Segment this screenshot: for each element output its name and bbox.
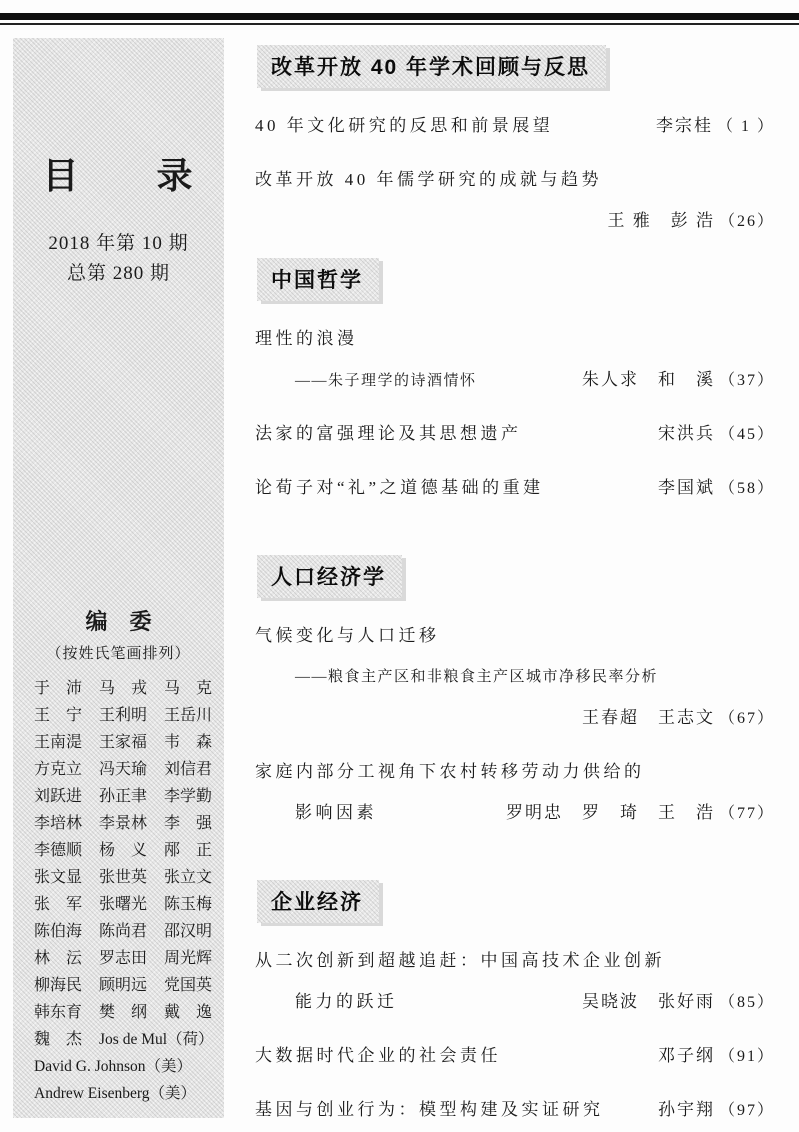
article-line: 气候变化与人口迁移 <box>255 623 775 649</box>
editor-name: 王南湜 <box>34 729 90 756</box>
article-authors: 王 雅 彭 浩 <box>607 211 715 230</box>
article-page: （77） <box>719 805 775 822</box>
article-authors: 邓子纲 <box>658 1046 715 1065</box>
top-rule-thick <box>0 13 799 20</box>
section-title: 改革开放 40 年学术回顾与反思 <box>271 56 590 79</box>
section-header: 企业经济 <box>257 880 379 923</box>
editor-name: 方克立 <box>34 756 90 783</box>
article-line: 从二次创新到超越追赶：中国高技术企业创新 <box>255 948 775 974</box>
article-byline: 吴晓波 张好雨 （85） <box>582 989 775 1016</box>
editor-name: 陈尚君 <box>99 918 155 945</box>
article-authors: 朱人求 和 溪 <box>582 370 715 389</box>
article-page: （91） <box>719 1048 775 1065</box>
editor-name: 杨 义 <box>99 837 155 864</box>
name-row: 于 沛 马 戎 马 克 <box>13 675 224 702</box>
editor-name: 罗志田 <box>99 945 155 972</box>
editor-name: 张文显 <box>34 864 90 891</box>
article-page: （58） <box>719 480 775 497</box>
editor-name: 李德顺 <box>34 837 90 864</box>
editor-name: 顾明远 <box>99 972 155 999</box>
article-line: ——朱子理学的诗酒情怀 朱人求 和 溪 （37） <box>255 367 775 394</box>
section-chinese-philosophy: 中国哲学 理性的浪漫 ——朱子理学的诗酒情怀 朱人求 和 溪 （37） 法家的富… <box>255 235 775 502</box>
editor-name: 张立文 <box>164 864 220 891</box>
toc-main: 改革开放 40 年学术回顾与反思 40 年文化研究的反思和前景展望 李宗桂 （ … <box>255 45 775 1124</box>
editor-name-latin: Jos de Mul（荷） <box>99 1026 214 1053</box>
article-page: （37） <box>719 372 775 389</box>
article-title: 理性的浪漫 <box>255 326 358 352</box>
editor-name: 王利明 <box>99 702 155 729</box>
editor-name: 孙正聿 <box>99 783 155 810</box>
section-enterprise-economy: 企业经济 从二次创新到超越追赶：中国高技术企业创新 能力的跃迁 吴晓波 张好雨 … <box>255 827 775 1124</box>
article-line: 基因与创业行为：模型构建及实证研究 孙宇翔 （97） <box>255 1097 775 1124</box>
editor-name: 韦 森 <box>164 729 220 756</box>
article-byline: 邓子纲 （91） <box>658 1043 775 1070</box>
article-line: 大数据时代企业的社会责任 邓子纲 （91） <box>255 1043 775 1070</box>
name-row: 刘跃进 孙正聿 李学勤 <box>13 783 224 810</box>
name-row: 韩东育 樊 纲 戴 逸 <box>13 999 224 1026</box>
name-row: 方克立 冯天瑜 刘信君 <box>13 756 224 783</box>
editor-name-latin: David G. Johnson（美） <box>13 1053 224 1080</box>
editor-name: 林 沄 <box>34 945 90 972</box>
article-page: （85） <box>719 994 775 1011</box>
article-title: 40 年文化研究的反思和前景展望 <box>255 113 553 139</box>
editor-name: 魏 杰 <box>34 1026 90 1053</box>
editor-name: 张 军 <box>34 891 90 918</box>
editor-name: 李培林 <box>34 810 90 837</box>
editor-name: 李 强 <box>164 810 220 837</box>
article-title: 基因与创业行为：模型构建及实证研究 <box>255 1097 604 1123</box>
article-line: ——粮食主产区和非粮食主产区城市净移民率分析 <box>255 664 775 690</box>
editorial-board-names: 于 沛 马 戎 马 克 王 宁 王利明 王岳川 王南湜 王家福 韦 森 方克立 … <box>13 675 224 1107</box>
article-title: 大数据时代企业的社会责任 <box>255 1043 501 1069</box>
article-authors: 罗明忠 罗 琦 王 浩 <box>506 803 715 822</box>
section-title: 企业经济 <box>271 891 363 914</box>
section-population-economics: 人口经济学 气候变化与人口迁移 ——粮食主产区和非粮食主产区城市净移民率分析 王… <box>255 502 775 827</box>
article-title-continued: 影响因素 <box>255 800 377 826</box>
section-title: 人口经济学 <box>271 566 386 589</box>
article-authors: 王春超 王志文 <box>582 708 715 727</box>
editor-name: 刘跃进 <box>34 783 90 810</box>
article-line: 家庭内部分工视角下农村转移劳动力供给的 <box>255 759 775 785</box>
name-row: 魏 杰 Jos de Mul（荷） <box>13 1026 224 1053</box>
editor-name-latin: Andrew Eisenberg（美） <box>13 1080 224 1107</box>
toc-title: 目 录 <box>13 155 224 197</box>
section-title: 中国哲学 <box>271 269 363 292</box>
article-title: 气候变化与人口迁移 <box>255 623 440 649</box>
editor-name: 张世英 <box>99 864 155 891</box>
editorial-board-title: 编 委 <box>13 607 224 637</box>
top-rule-thin <box>0 23 799 25</box>
editor-name: 于 沛 <box>34 675 90 702</box>
editor-name: 柳海民 <box>34 972 90 999</box>
editor-name: 李景林 <box>99 810 155 837</box>
article-byline: 宋洪兵 （45） <box>658 421 775 448</box>
editor-name: 王家福 <box>99 729 155 756</box>
article-page: （26） <box>719 213 775 230</box>
editor-name: 陈玉梅 <box>164 891 220 918</box>
editor-name: 陈伯海 <box>34 918 90 945</box>
editor-name: 马 克 <box>164 675 220 702</box>
article-line: 影响因素 罗明忠 罗 琦 王 浩 （77） <box>255 800 775 827</box>
issue-total: 总第 280 期 <box>13 259 224 289</box>
editor-name: 樊 纲 <box>99 999 155 1026</box>
section-reform-retrospect: 改革开放 40 年学术回顾与反思 40 年文化研究的反思和前景展望 李宗桂 （ … <box>255 45 775 235</box>
editorial-board-note: （按姓氏笔画排列） <box>13 642 224 666</box>
editor-name: 冯天瑜 <box>99 756 155 783</box>
editor-name: 王 宁 <box>34 702 90 729</box>
article-authors: 孙宇翔 <box>658 1100 715 1119</box>
editor-name: 戴 逸 <box>164 999 220 1026</box>
section-header: 中国哲学 <box>257 258 379 301</box>
issue-number: 2018 年第 10 期 <box>13 229 224 259</box>
article-line: 论荀子对“礼”之道德基础的重建 李国斌 （58） <box>255 475 775 502</box>
article-byline: 朱人求 和 溪 （37） <box>582 367 775 394</box>
article-line: 能力的跃迁 吴晓波 张好雨 （85） <box>255 989 775 1016</box>
article-page: （67） <box>719 710 775 727</box>
article-title: 法家的富强理论及其思想遗产 <box>255 421 522 447</box>
article-authors: 宋洪兵 <box>658 424 715 443</box>
article-page: （97） <box>719 1102 775 1119</box>
name-row: 陈伯海 陈尚君 邵汉明 <box>13 918 224 945</box>
editor-name: 张曙光 <box>99 891 155 918</box>
article-line: 法家的富强理论及其思想遗产 宋洪兵 （45） <box>255 421 775 448</box>
issue-info: 2018 年第 10 期 总第 280 期 <box>13 229 224 289</box>
editor-name: 邵汉明 <box>164 918 220 945</box>
name-row: 林 沄 罗志田 周光辉 <box>13 945 224 972</box>
article-byline: 孙宇翔 （97） <box>658 1097 775 1124</box>
section-header: 人口经济学 <box>257 555 402 598</box>
article-authors: 李宗桂 <box>656 116 713 135</box>
article-page: （ 1 ） <box>717 118 775 135</box>
name-row: 柳海民 顾明远 党国英 <box>13 972 224 999</box>
article-authors: 吴晓波 张好雨 <box>582 992 715 1011</box>
article-line: 理性的浪漫 <box>255 326 775 352</box>
article-page: （45） <box>719 426 775 443</box>
editor-name: 党国英 <box>164 972 220 999</box>
sidebar: 目 录 2018 年第 10 期 总第 280 期 编 委 （按姓氏笔画排列） … <box>13 38 224 1118</box>
name-row: 张文显 张世英 张立文 <box>13 864 224 891</box>
article-title: 改革开放 40 年儒学研究的成就与趋势 <box>255 167 602 193</box>
name-row: 张 军 张曙光 陈玉梅 <box>13 891 224 918</box>
article-line: 王 雅 彭 浩 （26） <box>255 208 775 235</box>
article-authors: 李国斌 <box>658 478 715 497</box>
article-line: 改革开放 40 年儒学研究的成就与趋势 <box>255 167 775 193</box>
article-subtitle: ——朱子理学的诗酒情怀 <box>255 368 477 394</box>
name-row: 王南湜 王家福 韦 森 <box>13 729 224 756</box>
article-title-continued: 能力的跃迁 <box>255 989 398 1015</box>
article-byline: 李宗桂 （ 1 ） <box>656 113 775 140</box>
article-byline: 罗明忠 罗 琦 王 浩 （77） <box>506 800 775 827</box>
article-subtitle: ——粮食主产区和非粮食主产区城市净移民率分析 <box>255 664 658 690</box>
editor-name: 马 戎 <box>99 675 155 702</box>
editor-name: 李学勤 <box>164 783 220 810</box>
section-header: 改革开放 40 年学术回顾与反思 <box>257 45 606 88</box>
editor-name: 邴 正 <box>164 837 220 864</box>
article-line: 王春超 王志文 （67） <box>255 705 775 732</box>
article-title: 论荀子对“礼”之道德基础的重建 <box>255 475 544 501</box>
editor-name: 韩东育 <box>34 999 90 1026</box>
article-byline: 王 雅 彭 浩 （26） <box>607 208 775 235</box>
article-title: 家庭内部分工视角下农村转移劳动力供给的 <box>255 759 645 785</box>
editor-name: 刘信君 <box>164 756 220 783</box>
article-byline: 李国斌 （58） <box>658 475 775 502</box>
article-byline: 王春超 王志文 （67） <box>582 705 775 732</box>
name-row: 李德顺 杨 义 邴 正 <box>13 837 224 864</box>
name-row: 王 宁 王利明 王岳川 <box>13 702 224 729</box>
editor-name: 周光辉 <box>164 945 220 972</box>
name-row: 李培林 李景林 李 强 <box>13 810 224 837</box>
article-title: 从二次创新到超越追赶：中国高技术企业创新 <box>255 948 665 974</box>
article-line: 40 年文化研究的反思和前景展望 李宗桂 （ 1 ） <box>255 113 775 140</box>
editor-name: 王岳川 <box>164 702 220 729</box>
